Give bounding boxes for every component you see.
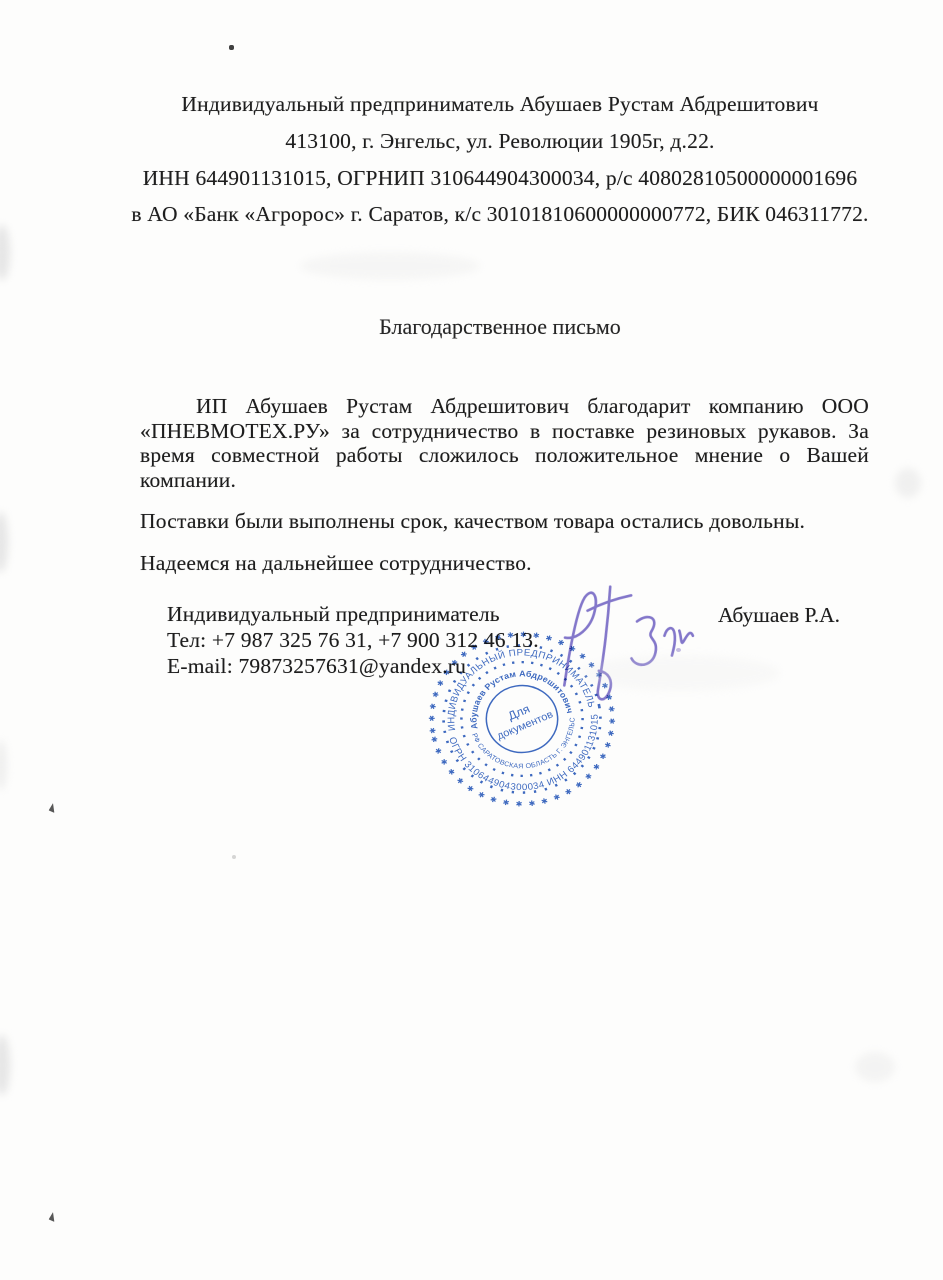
letterhead-line-inn-ogrnip: ИНН 644901131015, ОГРНИП 310644904300034… (57, 160, 943, 197)
scan-smudge (0, 225, 10, 280)
signature-stroke (679, 630, 693, 643)
signatory-name: Абушаев Р.А. (718, 603, 840, 628)
scanned-letter-page: Индивидуальный предприниматель Абушаев Р… (0, 0, 943, 1280)
scan-smudge (0, 740, 7, 790)
scan-smudge (580, 655, 780, 691)
scan-speck (229, 45, 234, 50)
scan-speck (48, 803, 55, 814)
scan-smudge (855, 1052, 895, 1082)
body-paragraph: Поставки были выполнены срок, качеством … (140, 509, 869, 534)
letterhead-line-address: 413100, г. Энгельс, ул. Революции 1905г,… (57, 123, 943, 160)
stamp-center-text-group: Для документов (488, 695, 555, 743)
letter-title: Благодарственное письмо (57, 314, 943, 340)
scan-smudge (300, 252, 480, 280)
signature-stroke (664, 628, 676, 656)
body-paragraph: Надеемся на дальнейшее сотрудничество. (140, 551, 869, 576)
scan-speck (232, 855, 236, 859)
scan-smudge (0, 1035, 10, 1095)
body-paragraph: ИП Абушаев Рустам Абдрешитович благодари… (140, 394, 869, 492)
letterhead: Индивидуальный предприниматель Абушаев Р… (57, 86, 943, 233)
scan-smudge (895, 468, 921, 498)
ink-dot (676, 648, 681, 652)
letterhead-line-bank: в АО «Банк «Агророс» г. Саратов, к/с 301… (57, 196, 943, 233)
letterhead-line-entrepreneur: Индивидуальный предприниматель Абушаев Р… (57, 86, 943, 123)
scan-smudge (0, 512, 8, 572)
letter-body: ИП Абушаев Рустам Абдрешитович благодари… (140, 394, 869, 593)
scan-speck (48, 1212, 55, 1223)
